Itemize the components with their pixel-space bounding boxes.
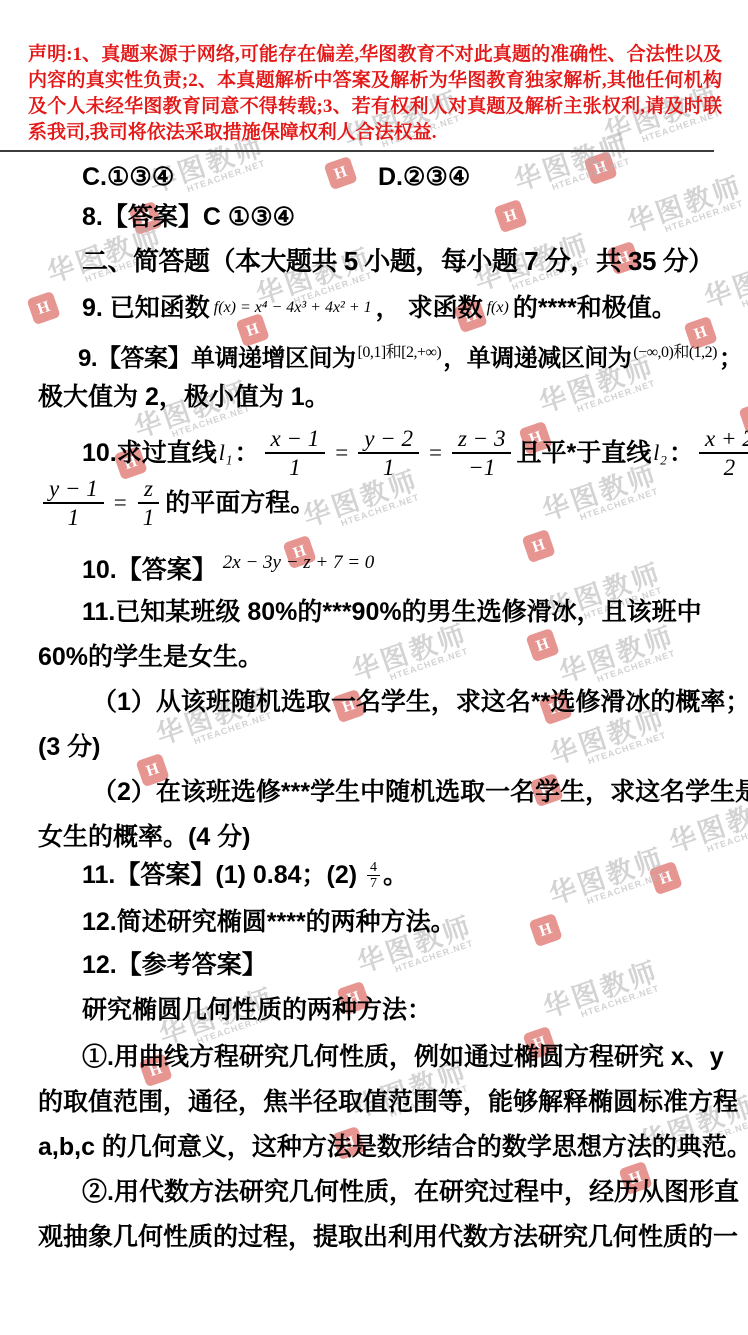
q11-answer: 11.【答案】(1) 0.84；(2) 47。: [82, 858, 408, 892]
q9-answer-post: ；: [719, 345, 743, 372]
q10-question-line2: y − 11 = z1 的平面方程。: [38, 462, 315, 544]
equals-sign: =: [114, 486, 127, 520]
q12-question: 12.简述研究椭圆****的两种方法。: [82, 905, 456, 939]
q10-answer-label: 10.【答案】: [82, 556, 217, 584]
q9-text: 9. 已知函数: [82, 291, 210, 325]
q12-method2-line1: ②.用代数方法研究几何性质，在研究过程中，经历从图形直: [82, 1175, 739, 1209]
fraction-numerator: x − 1: [265, 425, 326, 454]
disclaimer-label: 声明:: [28, 44, 73, 65]
disclaimer-text: 1、真题来源于网络,可能存在偏差,华图教育不对此真题的准确性、合法性以及内容的真…: [28, 44, 722, 143]
q9-text-mid: ， 求函数: [376, 291, 483, 325]
q10-text-mid: 且平*于直线: [516, 436, 651, 470]
document-content: 声明:1、真题来源于网络,可能存在偏差,华图教育不对此真题的准确性、合法性以及内…: [0, 0, 748, 1335]
fraction: x + 22: [699, 425, 748, 481]
fraction-denominator: 1: [377, 454, 401, 481]
document-page: H华图教师HTEACHER.NETH华图教师HTEACHER.NETH华图教师H…: [0, 0, 748, 1335]
q11-part1: （1）从该班随机选取一名学生，求这名**选修滑冰的概率；: [92, 685, 748, 719]
q11-answer-text: 11.【答案】(1) 0.84；(2): [82, 861, 364, 889]
q10-answer-formula: 2x − 3y − z + 7 = 0: [223, 552, 375, 573]
fraction-denominator: 2: [718, 454, 742, 481]
disclaimer: 声明:1、真题来源于网络,可能存在偏差,华图教育不对此真题的准确性、合法性以及内…: [28, 42, 722, 146]
option-d: D.②③④: [378, 160, 470, 194]
q9-text-post: 的****和极值。: [513, 291, 677, 325]
q12-method1-line3: a,b,c 的几何意义，这种方法是数形结合的数学思想方法的典范。: [38, 1130, 748, 1164]
q12-answer-intro: 研究椭圆几何性质的两种方法：: [82, 993, 432, 1027]
q10-answer: 10.【答案】2x − 3y − z + 7 = 0: [82, 546, 374, 587]
fraction-denominator: 1: [62, 504, 86, 531]
section-heading: 二、简答题（本大题共 5 小题，每小题 7 分，共 35 分）: [82, 244, 714, 278]
q10-colon2: ：: [669, 436, 694, 470]
q9-formula: f(x) = x⁴ − 4x³ + 4x² + 1: [214, 291, 372, 325]
q10-l2: l₂: [653, 436, 667, 470]
q9-fx: f(x): [487, 291, 509, 325]
q12-ref-answer-label: 12.【参考答案】: [82, 948, 267, 982]
fraction-denominator: −1: [462, 454, 501, 481]
fraction: y − 21: [358, 425, 419, 481]
q9-answer-line1: 9.【答案】单调递增区间为[0,1]和[2,+∞)，单调递减区间为(−∞,0)和…: [78, 336, 743, 376]
q11-question-line2: 60%的学生是女生。: [38, 640, 263, 674]
q9-interval-2: (−∞,0)和(1,2): [633, 344, 717, 361]
q12-method1-line1: ①.用曲线方程研究几何性质，例如通过椭圆方程研究 x、y: [82, 1040, 724, 1074]
q9-interval-1: [0,1]和[2,+∞): [358, 344, 442, 361]
q9-answer-mid: ，单调递减区间为: [443, 345, 631, 372]
option-c: C.①③④: [82, 160, 174, 194]
q11-part1-score: (3 分): [38, 730, 101, 764]
q11-part2: （2）在该班选修***学生中随机选取一名学生，求这名学生是: [92, 775, 748, 809]
q8-answer: 8.【答案】C ①③④: [82, 200, 295, 234]
fraction: z1: [137, 475, 161, 531]
fraction-numerator: z: [138, 475, 159, 504]
fraction-numerator: 4: [367, 860, 380, 876]
q9-answer-pre: 9.【答案】单调递增区间为: [78, 345, 356, 372]
equals-sign: =: [429, 436, 442, 470]
fraction-numerator: z − 3: [452, 425, 511, 454]
fraction-denominator: 1: [137, 504, 161, 531]
q9-answer-line2: 极大值为 2，极小值为 1。: [38, 380, 330, 414]
q12-method2-line2: 观抽象几何性质的过程，提取出利用代数方法研究几何性质的一: [38, 1220, 738, 1254]
q11-part2-cont: 女生的概率。(4 分): [38, 820, 251, 854]
q11-question-line1: 11.已知某班级 80%的***90%的男生选修滑冰，且该班中: [82, 595, 702, 629]
fraction: y − 11: [43, 475, 104, 531]
q9-question: 9. 已知函数 f(x) = x⁴ − 4x³ + 4x² + 1 ， 求函数 …: [82, 291, 677, 325]
fraction-numerator: y − 2: [358, 425, 419, 454]
divider-line: [0, 150, 714, 152]
fraction-numerator: y − 1: [43, 475, 104, 504]
fraction-numerator: x + 2: [699, 425, 748, 454]
q11-answer-period: 。: [383, 861, 408, 889]
equals-sign: =: [335, 436, 348, 470]
fraction: z − 3−1: [452, 425, 511, 481]
q10-text-post: 的平面方程。: [165, 486, 315, 520]
fraction: 47: [367, 860, 380, 892]
fraction-denominator: 7: [370, 876, 377, 891]
q12-method1-line2: 的取值范围，通径，焦半径取值范围等，能够解释椭圆标准方程: [38, 1085, 738, 1119]
